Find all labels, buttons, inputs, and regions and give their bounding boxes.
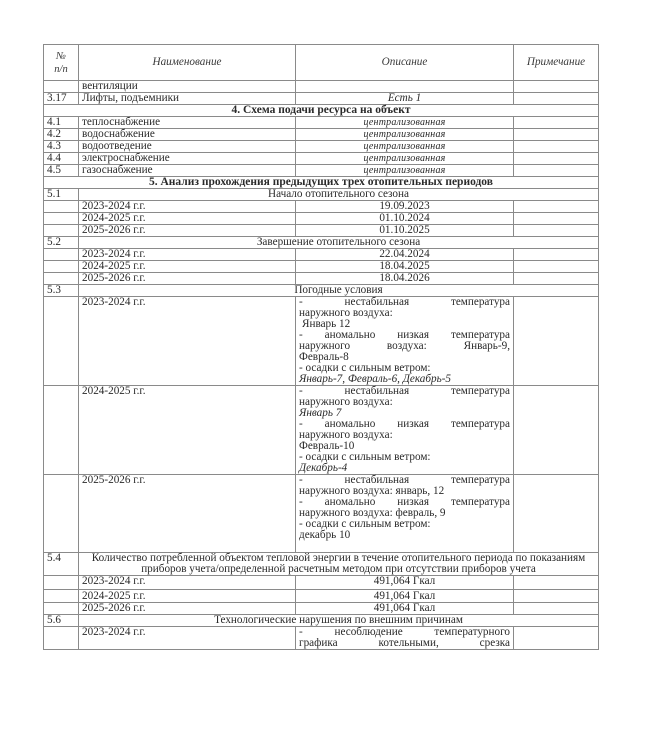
- row-value: 22.04.2024: [296, 249, 514, 261]
- row-period: 2024-2025 г.г.: [79, 261, 296, 273]
- table-row: 2024-2025 г.г. 491,064 Гкал: [44, 590, 599, 603]
- row-num: 5.4: [44, 553, 79, 576]
- table-row: 2025-2026 г.г. 18.04.2026: [44, 273, 599, 285]
- row-note: [514, 249, 599, 261]
- row-period: 2023-2024 г.г.: [79, 201, 296, 213]
- row-name: Лифты, подъемники: [79, 93, 296, 105]
- row-name: вентиляции: [79, 81, 296, 93]
- table-row: вентиляции: [44, 81, 599, 93]
- row-note: [514, 225, 599, 237]
- table-row: 2023-2024 г.г. 19.09.2023: [44, 201, 599, 213]
- row-value: 19.09.2023: [296, 201, 514, 213]
- row-period: 2025-2026 г.г.: [79, 225, 296, 237]
- row-period: 2024-2025 г.г.: [79, 213, 296, 225]
- violation-description: - несоблюдение температурного графика ко…: [296, 627, 514, 650]
- row-value: 491,064 Гкал: [296, 590, 514, 603]
- row-num: [44, 475, 79, 553]
- row-note: [514, 603, 599, 615]
- object-info-table: №п/п Наименование Описание Примечание ве…: [43, 44, 599, 650]
- row-note: [514, 386, 599, 475]
- table-row: 2024-2025 г.г. - нестабильная температур…: [44, 386, 599, 475]
- row-note: [514, 81, 599, 93]
- subsection-title: Технологические нарушения по внешним при…: [79, 615, 599, 627]
- table-row: 4.1 теплоснабжение централизованная: [44, 117, 599, 129]
- table-row: 2024-2025 г.г. 01.10.2024: [44, 213, 599, 225]
- subsection-row: 5.4 Количество потребленной объектом теп…: [44, 553, 599, 576]
- row-period: 2023-2024 г.г.: [79, 297, 296, 386]
- row-value: 01.10.2025: [296, 225, 514, 237]
- weather-description: - нестабильная температура наружного воз…: [296, 297, 514, 386]
- table-header-row: №п/п Наименование Описание Примечание: [44, 45, 599, 81]
- table-row: 2025-2026 г.г. 491,064 Гкал: [44, 603, 599, 615]
- row-note: [514, 141, 599, 153]
- row-note: [514, 213, 599, 225]
- row-value: 491,064 Гкал: [296, 603, 514, 615]
- table-row: 4.2 водоснабжение централизованная: [44, 129, 599, 141]
- row-desc: централизованная: [296, 153, 514, 165]
- row-num: 5.3: [44, 285, 79, 297]
- row-period: 2024-2025 г.г.: [79, 590, 296, 603]
- row-note: [514, 297, 599, 386]
- row-name: газоснабжение: [79, 165, 296, 177]
- header-note: Примечание: [514, 45, 599, 81]
- table-row: 2023-2024 г.г. 491,064 Гкал: [44, 576, 599, 590]
- table-row: 2023-2024 г.г. - несоблюдение температур…: [44, 627, 599, 650]
- table-row: 2024-2025 г.г. 18.04.2025: [44, 261, 599, 273]
- row-num: 4.3: [44, 141, 79, 153]
- weather-description: - нестабильная температура наружного воз…: [296, 475, 514, 553]
- weather-description: - нестабильная температура наружного воз…: [296, 386, 514, 475]
- row-note: [514, 576, 599, 590]
- table-row: 3.17 Лифты, подъемники Есть 1: [44, 93, 599, 105]
- row-num: [44, 81, 79, 93]
- row-num: [44, 297, 79, 386]
- row-name: электроснабжение: [79, 153, 296, 165]
- row-value: 18.04.2026: [296, 273, 514, 285]
- row-note: [514, 627, 599, 650]
- subsection-title: Завершение отопительного сезона: [79, 237, 599, 249]
- row-note: [514, 201, 599, 213]
- row-num: 5.6: [44, 615, 79, 627]
- row-note: [514, 165, 599, 177]
- row-note: [514, 261, 599, 273]
- row-num: 4.4: [44, 153, 79, 165]
- row-note: [514, 153, 599, 165]
- section-heading-row: 5. Анализ прохождения предыдущих трех от…: [44, 177, 599, 189]
- row-desc: централизованная: [296, 129, 514, 141]
- row-num: [44, 225, 79, 237]
- row-period: 2025-2026 г.г.: [79, 475, 296, 553]
- subsection-title: Начало отопительного сезона: [79, 189, 599, 201]
- subsection-row: 5.1 Начало отопительного сезона: [44, 189, 599, 201]
- row-period: 2024-2025 г.г.: [79, 386, 296, 475]
- row-num: [44, 201, 79, 213]
- subsection-row: 5.3 Погодные условия: [44, 285, 599, 297]
- row-note: [514, 590, 599, 603]
- row-num: [44, 576, 79, 590]
- table-row: 2023-2024 г.г. 22.04.2024: [44, 249, 599, 261]
- row-desc: [296, 81, 514, 93]
- row-num: [44, 213, 79, 225]
- section-4-title: 4. Схема подачи ресурса на объект: [44, 105, 599, 117]
- row-desc: Есть 1: [296, 93, 514, 105]
- row-num: [44, 249, 79, 261]
- header-num: №п/п: [44, 45, 79, 81]
- table-row: 2025-2026 г.г. 01.10.2025: [44, 225, 599, 237]
- header-name: Наименование: [79, 45, 296, 81]
- row-num: [44, 386, 79, 475]
- subsection-title: Погодные условия: [79, 285, 599, 297]
- row-num: [44, 627, 79, 650]
- table-row: 2025-2026 г.г. - нестабильная температур…: [44, 475, 599, 553]
- row-period: 2025-2026 г.г.: [79, 603, 296, 615]
- table-row: 4.5 газоснабжение централизованная: [44, 165, 599, 177]
- row-period: 2023-2024 г.г.: [79, 627, 296, 650]
- row-num: 4.1: [44, 117, 79, 129]
- row-num: [44, 603, 79, 615]
- row-note: [514, 117, 599, 129]
- row-desc: централизованная: [296, 165, 514, 177]
- row-note: [514, 129, 599, 141]
- row-note: [514, 93, 599, 105]
- row-num: [44, 590, 79, 603]
- row-name: водоснабжение: [79, 129, 296, 141]
- row-num: 4.5: [44, 165, 79, 177]
- subsection-title: Количество потребленной объектом теплово…: [79, 553, 599, 576]
- row-num: 4.2: [44, 129, 79, 141]
- row-num: 5.1: [44, 189, 79, 201]
- row-period: 2023-2024 г.г.: [79, 576, 296, 590]
- row-value: 01.10.2024: [296, 213, 514, 225]
- row-name: водоотведение: [79, 141, 296, 153]
- subsection-row: 5.2 Завершение отопительного сезона: [44, 237, 599, 249]
- table-row: 4.3 водоотведение централизованная: [44, 141, 599, 153]
- table-row: 2023-2024 г.г. - нестабильная температур…: [44, 297, 599, 386]
- row-num: 3.17: [44, 93, 79, 105]
- row-value: 491,064 Гкал: [296, 576, 514, 590]
- row-note: [514, 475, 599, 553]
- section-5-title: 5. Анализ прохождения предыдущих трех от…: [44, 177, 599, 189]
- header-description: Описание: [296, 45, 514, 81]
- row-period: 2025-2026 г.г.: [79, 273, 296, 285]
- row-name: теплоснабжение: [79, 117, 296, 129]
- subsection-row: 5.6 Технологические нарушения по внешним…: [44, 615, 599, 627]
- row-desc: централизованная: [296, 141, 514, 153]
- row-period: 2023-2024 г.г.: [79, 249, 296, 261]
- row-num: [44, 261, 79, 273]
- row-num: 5.2: [44, 237, 79, 249]
- row-note: [514, 273, 599, 285]
- row-desc: централизованная: [296, 117, 514, 129]
- row-value: 18.04.2025: [296, 261, 514, 273]
- table-row: 4.4 электроснабжение централизованная: [44, 153, 599, 165]
- section-heading-row: 4. Схема подачи ресурса на объект: [44, 105, 599, 117]
- row-num: [44, 273, 79, 285]
- document-page: №п/п Наименование Описание Примечание ве…: [43, 44, 598, 650]
